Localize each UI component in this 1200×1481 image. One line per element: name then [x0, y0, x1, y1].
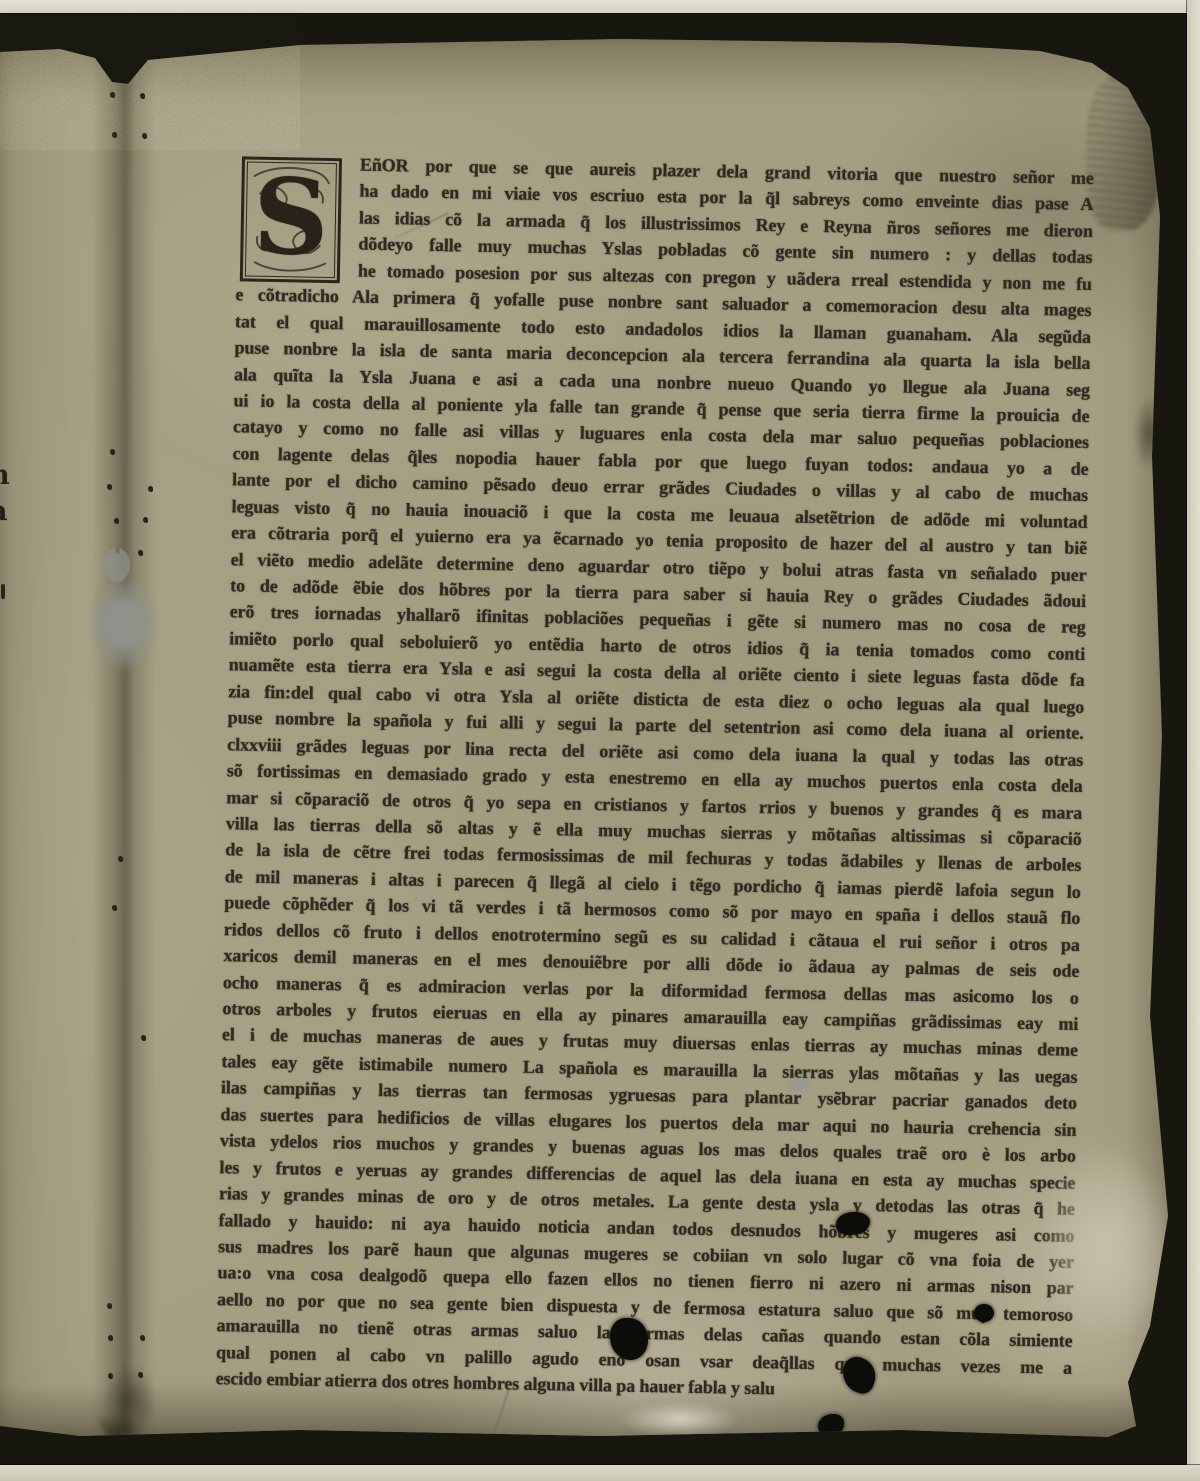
stitch-hole [141, 1035, 146, 1041]
stitch-hole [114, 518, 119, 524]
wormhole [818, 1414, 844, 1436]
stitch-hole [115, 548, 120, 554]
framed-photograph: n a S EñOR por que se que aureis p [0, 0, 1200, 1481]
stitch-hole [142, 133, 147, 139]
stray-letter: n [0, 460, 10, 491]
frame-edge-bottom [0, 1465, 1200, 1481]
frame-edge-top [0, 0, 1200, 13]
stitch-hole [112, 905, 117, 911]
stitch-hole [140, 1335, 145, 1341]
stitch-hole [140, 93, 145, 99]
stain-right-edge [1128, 384, 1170, 484]
stain-top-right [1086, 76, 1162, 231]
stitch-hole [107, 484, 112, 490]
page-paper: n a S EñOR por que se que aureis p [0, 36, 1172, 1440]
stitch-hole [148, 486, 153, 492]
stitch-hole [108, 1373, 113, 1379]
text-block-lines: EñOR por que se que aureis plazer dela g… [215, 152, 1094, 1410]
stitch-hole [110, 92, 115, 98]
text-block: S EñOR por que se que aureis plazer dela… [215, 152, 1094, 1410]
frame-edge-right [1187, 0, 1200, 1481]
drop-cap-letter: S [243, 153, 339, 274]
stitch-hole [143, 517, 148, 523]
stitch-hole [118, 856, 123, 862]
stray-letter: a [0, 496, 8, 527]
stitch-hole [112, 132, 117, 138]
stitch-hole [138, 1372, 143, 1378]
stitch-hole [107, 1303, 112, 1309]
wormhole [610, 1318, 648, 1360]
stitch-hole [108, 1335, 113, 1341]
stitch-hole [138, 550, 143, 556]
ink-mark [1, 584, 5, 599]
stitch-hole [110, 449, 115, 455]
drop-cap-initial: S [240, 156, 342, 283]
gutter-fold [92, 36, 156, 1440]
wormhole [974, 1304, 994, 1322]
